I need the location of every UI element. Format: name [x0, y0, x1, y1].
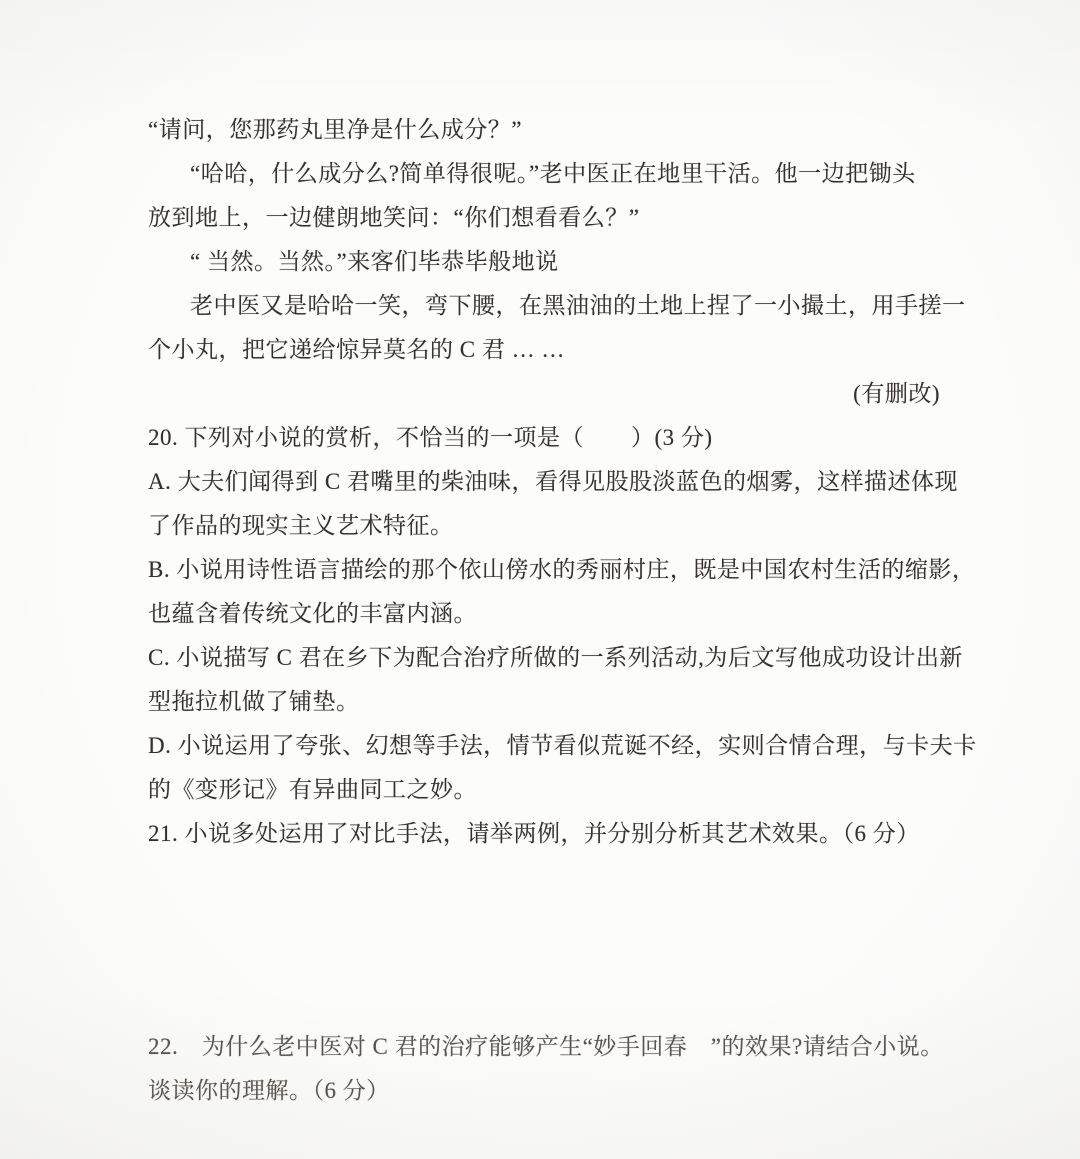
- passage-line: 个小丸，把它递给惊异莫名的 C 君 … …: [148, 328, 940, 372]
- passage-line: 老中医又是哈哈一笑，弯下腰，在黑油油的土地上捏了一小撮土，用手搓一: [148, 284, 940, 328]
- option-line: 型拖拉机做了铺垫。: [148, 680, 940, 724]
- question-line: 谈读你的理解。（6 分）: [148, 1069, 940, 1113]
- question-line: 20. 下列对小说的赏析，不恰当的一项是（ ）(3 分): [148, 416, 940, 460]
- option-line: 了作品的现实主义艺术特征。: [148, 504, 940, 548]
- passage-line: “哈哈，什么成分么?简单得很呢。”老中医正在地里干活。他一边把锄头: [148, 152, 940, 196]
- option-line: 的《变形记》有异曲同工之妙。: [148, 768, 940, 812]
- option-line: D. 小说运用了夸张、幻想等手法，情节看似荒诞不经，实则合情合理，与卡夫卡: [148, 724, 940, 768]
- option-line: B. 小说用诗性语言描绘的那个依山傍水的秀丽村庄，既是中国农村生活的缩影，: [148, 548, 940, 592]
- passage-line: 放到地上，一边健朗地笑问：“你们想看看么？”: [148, 196, 940, 240]
- option-line: A. 大夫们闻得到 C 君嘴里的柴油味，看得见股股淡蓝色的烟雾，这样描述体现: [148, 460, 940, 504]
- question-line: 22. 为什么老中医对 C 君的治疗能够产生“妙手回春 ”的效果?请结合小说。: [148, 1025, 940, 1069]
- attribution: (有删改): [148, 372, 940, 416]
- exam-text-block: “请问，您那药丸里净是什么成分？”“哈哈，什么成分么?简单得很呢。”老中医正在地…: [148, 108, 940, 1113]
- option-line: 也蕴含着传统文化的丰富内涵。: [148, 592, 940, 636]
- scanned-exam-page: “请问，您那药丸里净是什么成分？”“哈哈，什么成分么?简单得很呢。”老中医正在地…: [0, 0, 1080, 1159]
- option-line: C. 小说描写 C 君在乡下为配合治疗所做的一系列活动,为后文写他成功设计出新: [148, 636, 940, 680]
- passage-line: “ 当然。当然。”来客们毕恭毕般地说: [148, 240, 940, 284]
- passage-line: “请问，您那药丸里净是什么成分？”: [148, 108, 940, 152]
- question-line: 21. 小说多处运用了对比手法，请举两例，并分别分析其艺术效果。（6 分）: [148, 812, 940, 856]
